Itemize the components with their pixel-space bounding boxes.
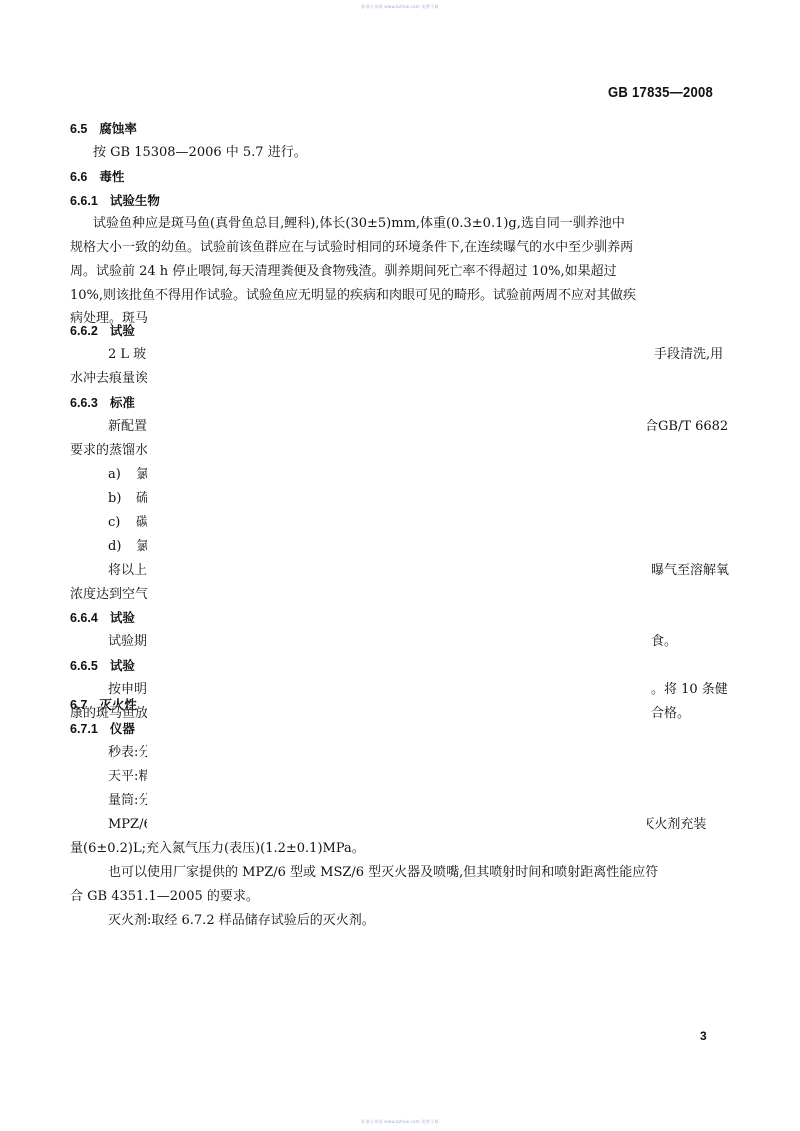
list-marker: a) <box>108 467 136 483</box>
instrument-cylinder: 量筒:分 <box>108 793 151 809</box>
paragraph-line: 灭火剂:取经 6.7.2 样品储存试验后的灭火剂。 <box>108 913 375 929</box>
paragraph-fragment: ;灭火剂充装 <box>637 817 706 833</box>
section-number: 6.6.3 <box>70 395 98 411</box>
section-title: 毒性 <box>99 169 124 184</box>
paragraph-fragment: 。将 10 条健 <box>651 682 728 698</box>
heading-6-6-3: 6.6.3标准 <box>70 395 135 411</box>
paragraph-line: 也可以使用厂家提供的 MPZ/6 型或 MSZ/6 型灭火器及喷嘴,但其喷射时间… <box>108 865 658 881</box>
heading-6-7-1: 6.7.1仪器 <box>70 721 135 737</box>
section-number: 6.6.2 <box>70 323 98 339</box>
section-title: 试验 <box>110 658 135 673</box>
list-marker: b) <box>108 491 136 507</box>
section-title: 标准 <box>110 395 135 410</box>
section-title: 试验生物 <box>110 193 160 208</box>
paragraph-line: 10%,则该批鱼不得用作试验。试验鱼应无明显的疾病和肉眼可见的畸形。试验前两周不… <box>70 288 636 304</box>
section-number: 6.6 <box>70 169 87 185</box>
section-number: 6.6.1 <box>70 193 98 209</box>
paragraph-line: 周。试验前 24 h 停止喂饲,每天清理粪便及食物残渣。驯养期间死亡率不得超过 … <box>70 264 617 280</box>
heading-6-6-1: 6.6.1试验生物 <box>70 193 160 209</box>
list-marker: d) <box>108 539 136 555</box>
paragraph-line: 水冲去痕量诶 <box>70 371 148 387</box>
section-title: 仪器 <box>110 721 135 736</box>
watermark-top: 标准分享网 www.bzfxw.com 免费下载 <box>0 4 800 10</box>
heading-6-6-4: 6.6.4试验 <box>70 610 135 626</box>
page-number: 3 <box>700 1029 707 1043</box>
section-title: 腐蚀率 <box>99 121 137 136</box>
section-title: 试验 <box>110 610 135 625</box>
paragraph-line: 量(6±0.2)L;充入氮气压力(表压)(1.2±0.1)MPa。 <box>70 841 365 857</box>
heading-6-7: 6.7灭火性 <box>70 697 137 713</box>
section-number: 6.7.1 <box>70 721 98 737</box>
watermark-bottom: 标准分享网 www.bzfxw.com 免费下载 <box>0 1119 800 1125</box>
paragraph-line: 试验鱼种应是斑马鱼(真骨鱼总目,鲤科),体长(30±5)mm,体重(0.3±0.… <box>93 216 625 232</box>
section-number: 6.7 <box>70 697 87 713</box>
instrument-stopwatch: 秒表:分 <box>108 745 151 761</box>
list-marker: c) <box>108 515 136 531</box>
standard-number: GB 17835—2008 <box>608 85 713 101</box>
section-title: 试验 <box>110 323 135 338</box>
section-title: 灭火性 <box>99 697 137 712</box>
paragraph-line: 合 GB 4351.1—2005 的要求。 <box>70 889 259 905</box>
instrument-balance: 天平:精 <box>108 769 151 785</box>
paragraph-fragment: 手段清洗,用 <box>654 347 723 363</box>
paragraph-fragment: 合格。 <box>651 706 690 722</box>
paragraph-line: 浓度达到空气 <box>70 587 148 603</box>
instrument-extinguisher: MPZ/6 <box>108 817 152 833</box>
paragraph-6-5: 按 GB 15308—2006 中 5.7 进行。 <box>93 145 307 161</box>
heading-6-6-5: 6.6.5试验 <box>70 658 135 674</box>
paragraph-fragment: 合GB/T 6682 <box>645 419 728 435</box>
heading-6-6-2: 6.6.2试验 <box>70 323 135 339</box>
blank-region <box>147 306 647 836</box>
paragraph-line: 规格大小一致的幼鱼。试验前该鱼群应在与试验时相同的环境条件下,在连续曝气的水中至… <box>70 240 633 256</box>
paragraph-fragment: 食。 <box>651 634 677 650</box>
heading-6-6: 6.6毒性 <box>70 169 124 185</box>
paragraph-fragment: 曝气至溶解氧 <box>651 563 729 579</box>
paragraph-line: 要求的蒸馏水 <box>70 443 148 459</box>
heading-6-5: 6.5腐蚀率 <box>70 121 137 137</box>
section-number: 6.5 <box>70 121 87 137</box>
section-number: 6.6.5 <box>70 658 98 674</box>
section-number: 6.6.4 <box>70 610 98 626</box>
